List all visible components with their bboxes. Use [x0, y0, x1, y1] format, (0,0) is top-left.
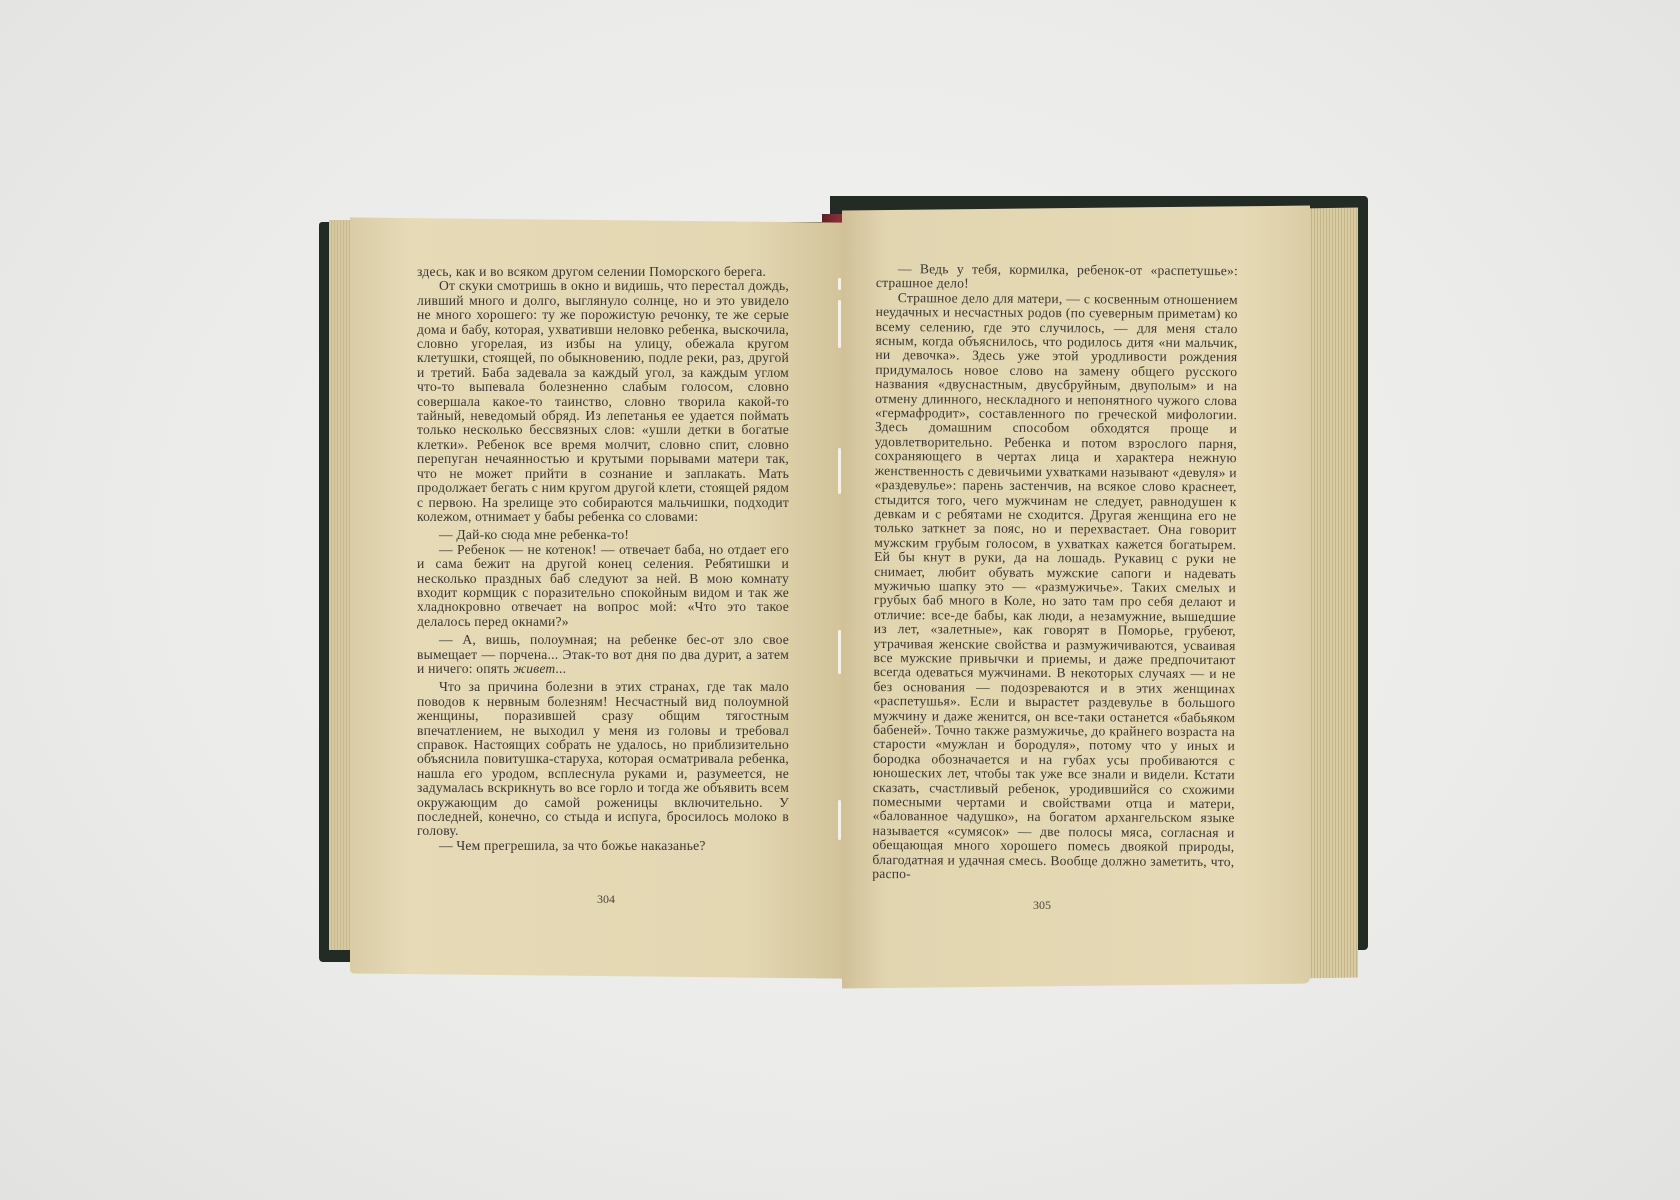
paragraph: — Дай-ко сюда мне ребенка-то!	[417, 528, 789, 542]
paragraph: — А, вишь, полоумная; на ребенке бес-от …	[417, 633, 789, 676]
paragraph-text: — А, вишь, полоумная; на ребенке бес-от …	[417, 632, 789, 676]
paragraph: От скуки смотришь в окно и видишь, что п…	[417, 279, 789, 524]
right-page-text: — Ведь у тебя, кормилка, ребенок-от «рас…	[872, 262, 1238, 884]
page-number-left: 304	[597, 892, 615, 907]
binding-stitch	[838, 278, 841, 290]
paragraph: Что за причина болезни в этих странах, г…	[417, 680, 789, 838]
binding-stitch	[838, 448, 841, 494]
paragraph-tail: ...	[555, 661, 566, 676]
page-number-right: 305	[1033, 898, 1051, 913]
paragraph: здесь, как и во всяком другом селении По…	[417, 265, 789, 279]
paragraph: — Ребенок — не котенок! — отвечает баба,…	[417, 543, 789, 629]
binding-stitch	[838, 300, 841, 348]
left-page-text: здесь, как и во всяком другом селении По…	[417, 265, 789, 853]
paragraph: — Ведь у тебя, кормилка, ребенок-от «рас…	[876, 262, 1238, 293]
italic-word: живет	[513, 661, 555, 676]
binding-stitch	[838, 800, 841, 840]
paragraph: — Чем прегрешила, за что божье наказанье…	[417, 839, 789, 853]
paragraph: Страшное дело для матери, — с косвенным …	[872, 291, 1238, 884]
binding-stitch	[838, 630, 841, 674]
